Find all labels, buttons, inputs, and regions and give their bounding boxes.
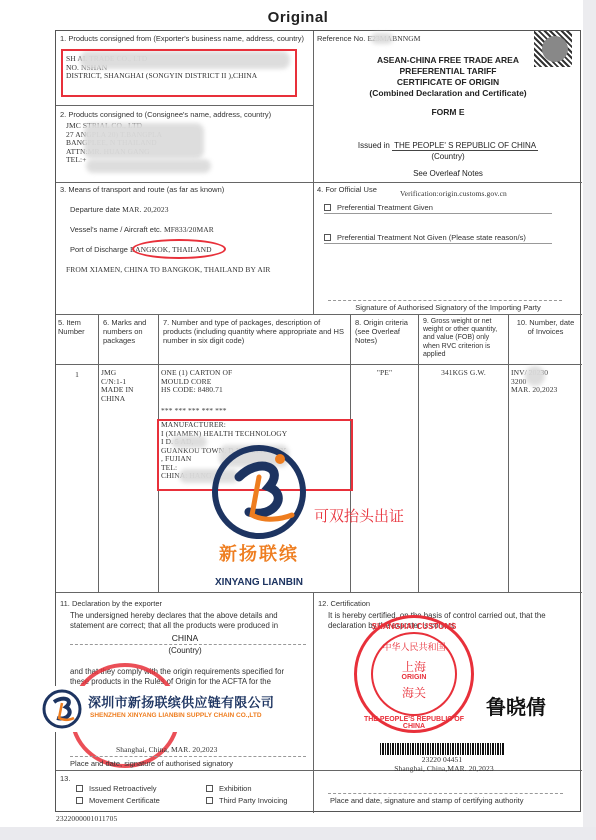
checkbox[interactable]: [324, 204, 331, 211]
highlight-box: [61, 49, 297, 97]
barcode: [380, 743, 504, 755]
logo-mark-icon: [204, 437, 314, 547]
certificate-form: 1. Products consigned from (Exporter's b…: [55, 30, 581, 812]
highlight-ellipse: [132, 239, 226, 259]
checkbox[interactable]: [206, 797, 213, 804]
origin-cell: "PE": [351, 365, 419, 593]
declaration-text: The undersigned hereby declares that the…: [70, 611, 308, 631]
reference-number: Reference No. E23MABNNGM: [317, 34, 421, 44]
goods-table-row: 1 JMG C/N:1-1 MADE IN CHINA ONE (1) CART…: [56, 365, 582, 593]
option-third-party-invoicing[interactable]: Third Party Invoicing: [206, 796, 287, 805]
preferential-given[interactable]: Preferential Treatment Given: [324, 203, 552, 214]
company-name-en: SHENZHEN XINYANG LIANBIN SUPPLY CHAIN CO…: [90, 712, 262, 719]
departure-date: Departure date MAR. 20,2023: [70, 205, 169, 215]
footer-serial-number: 2322000001011705: [56, 815, 117, 824]
box-13: 13. Issued Retroactively Exhibition Move…: [56, 771, 314, 813]
importing-signature-label: Signature of Authorised Signatory of the…: [314, 303, 582, 312]
viewer-background-bottom: [0, 827, 596, 840]
document-title: Original: [0, 9, 596, 26]
box-exporter: 1. Products consigned from (Exporter's b…: [56, 31, 314, 106]
company-banner: 深圳市新扬联缤供应链有限公司 SHENZHEN XINYANG LIANBIN …: [38, 686, 310, 732]
issued-in: Issued in THE PEOPLE' S REPUBLIC OF CHIN…: [314, 141, 582, 150]
box-official-use: 4. For Official Use Verification:origin.…: [314, 183, 582, 315]
exporter-label: 1. Products consigned from (Exporter's b…: [60, 34, 310, 43]
exporter-place-date: Shanghai, China, MAR. 20,2023: [116, 746, 217, 755]
declaration-label: 11. Declaration by the exporter: [60, 599, 162, 608]
header-weight: 9. Gross weight or net weight or other q…: [419, 315, 509, 365]
xinyang-logo: 新扬联缤: [204, 437, 314, 557]
certificate-heading: ASEAN-CHINA FREE TRADE AREA PREFERENTIAL…: [314, 55, 582, 118]
goods-table-header: 5. Item Number 6. Marks and numbers on p…: [56, 315, 582, 365]
country-label: (Country): [56, 646, 314, 655]
company-name-cn: 深圳市新扬联缤供应链有限公司: [88, 692, 274, 711]
redaction: [84, 123, 204, 159]
marks-cell: JMG C/N:1-1 MADE IN CHINA: [99, 365, 159, 593]
logo-text-cn: 新扬联缤: [194, 540, 324, 566]
header-description: 7. Number and type of packages, descript…: [159, 315, 351, 365]
consignee-label: 2. Products consigned to (Consignee's na…: [60, 110, 271, 119]
dual-header-note: 可双抬头出证: [314, 505, 404, 526]
header-item-number: 5. Item Number: [56, 315, 99, 365]
box-certification: 12. Certification It is hereby certified…: [314, 593, 582, 771]
option-movement-certificate[interactable]: Movement Certificate: [76, 796, 160, 805]
invoice-cell: INV/ 20230 3200 MAR. 20,2023: [509, 365, 582, 593]
vessel-name: Vessel's name / Aircraft etc. MF833/20MA…: [70, 225, 214, 235]
certification-label: 12. Certification: [318, 599, 370, 608]
declaration-country: CHINA: [56, 633, 314, 643]
option-exhibition[interactable]: Exhibition: [206, 784, 252, 793]
official-use-label: 4. For Official Use: [317, 185, 377, 194]
box-exporter-declaration: 11. Declaration by the exporter The unde…: [56, 593, 314, 771]
customs-stamp: SHANGHAI CUSTOMS 中华人民共和国 上海 ORIGIN 海关 TH…: [354, 615, 474, 733]
redaction: [86, 159, 211, 173]
route: FROM XIAMEN, CHINA TO BANGKOK, THAILAND …: [66, 266, 271, 275]
officer-signature: 鲁晓倩: [486, 691, 546, 720]
option-issued-retroactively[interactable]: Issued Retroactively: [76, 784, 157, 793]
certificate-header: Reference No. E23MABNNGM ASEAN-CHINA FRE…: [314, 31, 582, 183]
exporter-signature-label: Place and date, signature of authorised …: [70, 759, 233, 768]
header-origin-criteria: 8. Origin criteria (see Overleaf Notes): [351, 315, 419, 365]
checkbox[interactable]: [206, 785, 213, 792]
redaction: [371, 33, 393, 44]
viewer-background: [583, 0, 596, 840]
item-number: 1: [56, 371, 98, 380]
box-consignee: 2. Products consigned to (Consignee's na…: [56, 106, 314, 183]
company-logo-icon: [40, 687, 84, 731]
certifying-signature-label: Place and date, signature and stamp of c…: [330, 796, 523, 805]
checkbox[interactable]: [76, 797, 83, 804]
box-transport: 3. Means of transport and route (as far …: [56, 183, 314, 315]
preferential-not-given[interactable]: Preferential Treatment Not Given (Please…: [324, 233, 552, 244]
checkbox[interactable]: [324, 234, 331, 241]
checkbox[interactable]: [76, 785, 83, 792]
signature-line: [328, 300, 562, 301]
logo-text-en: XINYANG LIANBIN: [194, 577, 324, 588]
certifying-place-date: Shanghai, China,MAR. 20,2023: [354, 765, 534, 774]
country-label: (Country): [314, 152, 582, 161]
verification-url: Verification:origin.customs.gov.cn: [400, 190, 507, 199]
redaction: [525, 366, 545, 386]
header-invoices: 10. Number, date of Invoices: [509, 315, 582, 365]
transport-label: 3. Means of transport and route (as far …: [60, 185, 224, 194]
overleaf-notes: See Overleaf Notes: [314, 169, 582, 178]
weight-cell: 341KGS G.W.: [419, 365, 509, 593]
header-marks: 6. Marks and numbers on packages: [99, 315, 159, 365]
